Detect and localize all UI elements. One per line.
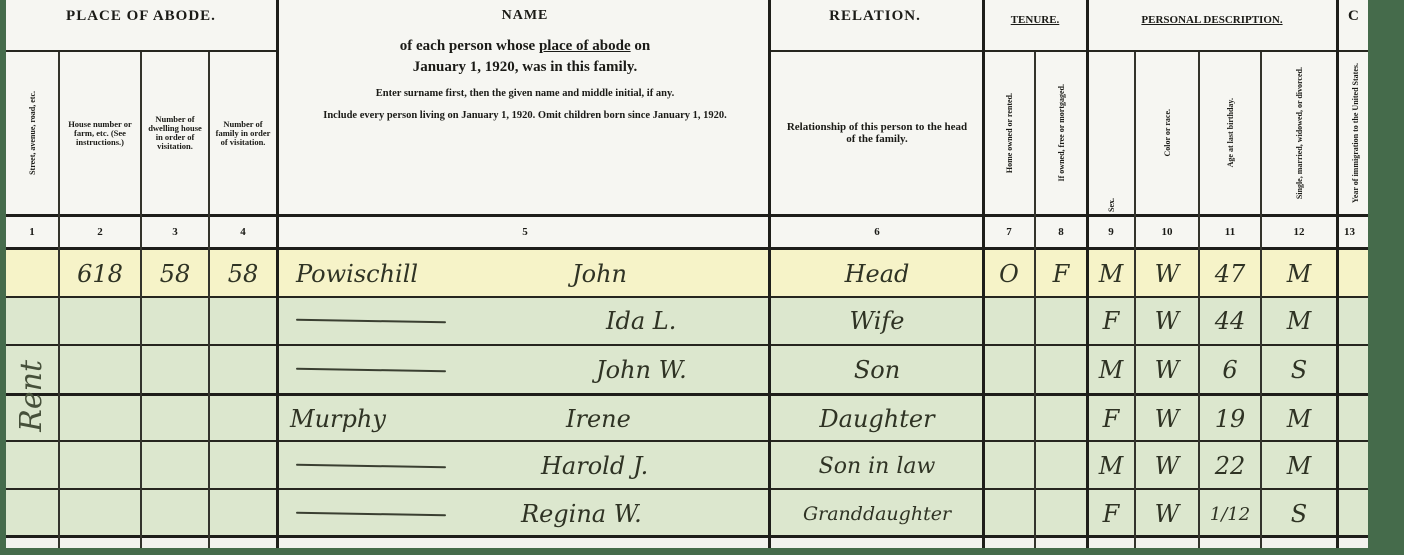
sex-cell: M <box>1088 250 1134 298</box>
col-num-9: 9 <box>1088 220 1134 244</box>
name-column-header: NAME of each person whose place of abode… <box>282 0 768 122</box>
col-sex-header: Sex. <box>1088 54 1134 212</box>
relation-cell: Daughter <box>772 395 982 443</box>
marital-cell: M <box>1262 297 1336 345</box>
col-num-8: 8 <box>1036 220 1086 244</box>
col-age-header: Age at last birthday. <box>1200 54 1260 212</box>
race-cell: W <box>1136 250 1198 298</box>
col-num-5: 5 <box>282 220 768 244</box>
relation-cell: Son in law <box>772 442 982 490</box>
col-num-2: 2 <box>60 220 140 244</box>
relation-cell: Granddaughter <box>772 490 982 538</box>
race-cell: W <box>1136 442 1198 490</box>
relation-title: RELATION. <box>768 8 982 25</box>
marital-cell: M <box>1262 395 1336 443</box>
surname-ditto-cell <box>296 490 536 538</box>
given-name-cell: Regina W. <box>521 490 766 538</box>
given-name-cell: John <box>572 250 762 298</box>
sex-cell: F <box>1088 395 1134 443</box>
col-family-header: Number of family in order of visitation. <box>210 54 276 212</box>
table-row: Regina W. Granddaughter F W 1/12 S <box>6 490 1368 535</box>
home-owned-cell: O <box>984 250 1034 298</box>
table-row: Murphy Irene Daughter F W 19 M <box>6 395 1368 443</box>
col-relation-header: Relationship of this person to the head … <box>772 54 982 212</box>
ditto-mark <box>296 319 446 324</box>
table-row: John W. Son M W 6 S <box>6 346 1368 394</box>
surname-ditto-cell <box>296 297 556 345</box>
col-num-10: 10 <box>1136 220 1198 244</box>
relation-cell: Head <box>772 250 982 298</box>
race-cell: W <box>1136 297 1198 345</box>
col-num-12: 12 <box>1262 220 1336 244</box>
marital-cell: S <box>1262 346 1336 394</box>
col-num-1: 1 <box>6 220 58 244</box>
race-cell: W <box>1136 346 1198 394</box>
name-instruction-line4: Include every person living on January 1… <box>282 110 768 122</box>
race-cell: W <box>1136 490 1198 538</box>
age-cell: 6 <box>1200 346 1260 394</box>
col-num-3: 3 <box>142 220 208 244</box>
col-immigration-header: Year of immigration to the United States… <box>1340 54 1368 212</box>
col-dwelling-header: Number of dwelling house in order of vis… <box>142 54 208 212</box>
ditto-mark <box>296 368 446 373</box>
age-cell: 1/12 <box>1200 490 1260 538</box>
sex-cell: M <box>1088 346 1134 394</box>
rule <box>6 214 1368 217</box>
given-name-cell: Irene <box>566 395 766 443</box>
col-num-6: 6 <box>772 220 982 244</box>
marital-cell: M <box>1262 250 1336 298</box>
sex-cell: F <box>1088 490 1134 538</box>
family-number-cell: 58 <box>210 250 276 298</box>
given-name-cell: Ida L. <box>606 297 766 345</box>
relation-cell: Wife <box>772 297 982 345</box>
col-num-7: 7 <box>984 220 1034 244</box>
table-row: Ida L. Wife F W 44 M <box>6 297 1368 345</box>
col-free-mortgaged-header: If owned, free or mortgaged. <box>1036 54 1086 212</box>
surname-cell: Powischill <box>296 250 556 298</box>
ditto-mark <box>296 512 446 517</box>
relation-cell: Son <box>772 346 982 394</box>
census-sheet: PLACE OF ABODE. NAME of each person whos… <box>6 0 1368 548</box>
surname-ditto-cell <box>296 442 556 490</box>
marital-cell: S <box>1262 490 1336 538</box>
name-instruction-line2: January 1, 1920, was in this family. <box>282 59 768 76</box>
given-name-cell: Harold J. <box>541 442 766 490</box>
age-cell: 22 <box>1200 442 1260 490</box>
table-row: 618 58 58 Powischill John Head O F M W 4… <box>6 250 1368 298</box>
free-mortgaged-cell: F <box>1036 250 1086 298</box>
surname-ditto-cell <box>296 346 556 394</box>
name-instruction-line3: Enter surname first, then the given name… <box>282 88 768 100</box>
col-house-number-header: House number or farm, etc. (See instruct… <box>60 54 140 212</box>
col-num-11: 11 <box>1200 220 1260 244</box>
race-cell: W <box>1136 395 1198 443</box>
col-street-header: Street, avenue, road, etc. <box>6 54 58 212</box>
citizenship-title: C <box>1340 8 1368 25</box>
rule <box>768 50 1368 52</box>
tenure-title: TENURE. <box>984 14 1086 26</box>
name-title: NAME <box>282 8 768 24</box>
col-race-header: Color or race. <box>1136 54 1198 212</box>
house-number-cell: 618 <box>60 250 140 298</box>
personal-description-title: PERSONAL DESCRIPTION. <box>1088 14 1336 26</box>
surname-cell: Murphy <box>290 395 550 443</box>
age-cell: 19 <box>1200 395 1260 443</box>
place-of-abode-title: PLACE OF ABODE. <box>6 8 276 25</box>
sex-cell: M <box>1088 442 1134 490</box>
dwelling-number-cell: 58 <box>142 250 208 298</box>
given-name-cell: John W. <box>596 346 766 394</box>
table-row: Harold J. Son in law M W 22 M <box>6 442 1368 490</box>
marital-cell: M <box>1262 442 1336 490</box>
col-home-owned-header: Home owned or rented. <box>984 54 1034 212</box>
col-num-13: 13 <box>1340 220 1368 244</box>
age-cell: 44 <box>1200 297 1260 345</box>
age-cell: 47 <box>1200 250 1260 298</box>
col-marital-header: Single, married, widowed, or divorced. <box>1262 54 1336 212</box>
ditto-mark <box>296 464 446 469</box>
col-num-4: 4 <box>210 220 276 244</box>
sex-cell: F <box>1088 297 1134 345</box>
name-instruction-line1: of each person whose place of abode on <box>282 38 768 55</box>
